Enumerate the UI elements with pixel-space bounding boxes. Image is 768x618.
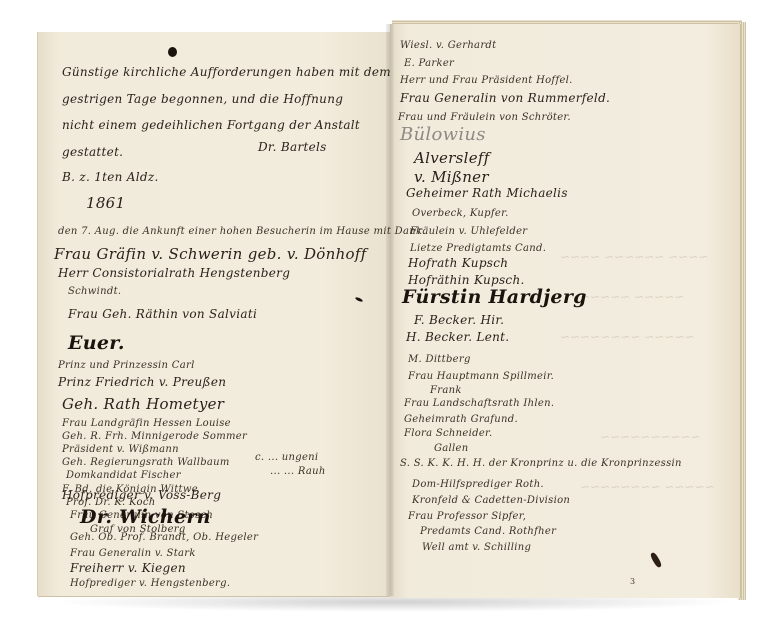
guest-entry: Predamts Cand. Rothfher [420, 526, 556, 537]
guest-entry: Geh. Rath Hometyer [62, 395, 224, 413]
guest-entry: Frau Generalin v. Stark [70, 548, 196, 559]
guest-entry: Flora Schneider. [404, 428, 493, 439]
guest-entry: Hofräthin Kupsch. [408, 273, 525, 287]
guest-entry: Geh. R. Frh. Minnigerode Sommer [62, 431, 247, 442]
guest-entry: Prinz und Prinzessin Carl [58, 360, 195, 371]
guest-entry: Schwindt. [68, 286, 121, 297]
guest-entry: Präsident v. Wißmann [62, 444, 179, 455]
guest-entry-hofprediger: Hofprediger v. Voss-Berg [62, 488, 221, 502]
year-1861: 1861 [86, 194, 125, 212]
guest-entry: M. Dittberg [408, 354, 471, 365]
guest-entry-wichern: Dr. Wichern [80, 506, 211, 528]
guest-entry: Frau Gräfin v. Schwerin geb. v. Dönhoff [54, 245, 367, 263]
guest-entry: Herr Consistorialrath Hengstenberg [58, 266, 290, 280]
guest-entry: Frau Landschaftsrath Ihlen. [404, 398, 554, 409]
guest-entry: Frau Generalin von Rummerfeld. [400, 91, 610, 105]
ink-bleed-through: ~~~~~ ~~~~~ [580, 290, 684, 304]
manuscript-line: gestattet. [62, 145, 123, 159]
guest-entry: Geh. Ob. Prof. Brandt, Ob. Hegeler [70, 532, 258, 543]
book-gutter [386, 24, 394, 596]
guest-entry: H. Becker. Lent. [406, 330, 509, 344]
guest-entry: S. S. K. K. H. H. der Kronprinz u. die K… [400, 458, 682, 469]
guest-entry: Well amt v. Schilling [422, 542, 531, 553]
guest-entry: Alversleff [414, 149, 490, 167]
guest-entry: F. Becker. Hir. [414, 313, 504, 327]
guest-entry: Geheimer Rath Michaelis [406, 186, 568, 200]
guest-entry: Overbeck, Kupfer. [412, 208, 509, 219]
guest-entry: Frau Geh. Räthin von Salviati [68, 307, 257, 321]
guest-entry: Wiesl. v. Gerhardt [400, 40, 496, 51]
ink-bleed-through: ~~~~ ~~~~~~ ~~~~ [560, 250, 708, 264]
guest-entry: v. Mißner [414, 168, 489, 186]
guest-entry: Fürstin Hardjerg [402, 286, 587, 308]
guest-entry: Hofprediger v. Hengstenberg. [70, 578, 230, 589]
guest-entry: Freiherr v. Kiegen [70, 561, 186, 575]
guest-entry: Frau Hauptmann Spillmeir. [408, 371, 554, 382]
pencil-entry: Bülowius [400, 124, 486, 145]
guest-entry: Geheimrath Grafund. [404, 414, 518, 425]
manuscript-line: B. z. 1ten Aldz. [62, 170, 159, 184]
ink-bleed-through: ~~~~~ ~~~~~~~~ [580, 480, 715, 494]
ink-bleed-through: ~~~~~~~~~~ [600, 430, 701, 444]
margin-note: c. ... ungeni [255, 452, 318, 463]
guest-entry: Gallen [434, 443, 469, 454]
guest-entry: Frau Landgräfin Hessen Louise [62, 418, 231, 429]
guest-entry: Geh. Regierungsrath Wallbaum [62, 457, 230, 468]
guest-entry: Lietze Predigtamts Cand. [410, 243, 546, 254]
guest-entry: Frau und Fräulein von Schröter. [398, 112, 571, 123]
margin-note: ... ... Rauh [270, 466, 326, 477]
manuscript-line: den 7. Aug. die Ankunft einer hohen Besu… [58, 226, 426, 237]
guest-entry: Kronfeld & Cadetten-Division [412, 495, 570, 506]
guest-entry: Domkandidat Fischer [66, 470, 181, 481]
guest-entry: Prinz Friedrich v. Preußen [58, 375, 226, 389]
guest-entry: Frank [430, 385, 462, 396]
manuscript-line: gestrigen Tage begonnen, und die Hoffnun… [62, 92, 343, 106]
ink-bleed-through: ~~~~~ ~~~~~~~~ [560, 330, 695, 344]
page-number: 3 [630, 577, 635, 586]
signature: Dr. Bartels [258, 140, 327, 154]
guest-entry: Frau Professor Sipfer, [408, 511, 526, 522]
manuscript-line: Günstige kirchliche Aufforderungen haben… [62, 65, 391, 79]
ink-blot [168, 47, 177, 57]
guest-entry: Dom-Hilfsprediger Roth. [412, 479, 544, 490]
guest-entry: E. Parker [404, 58, 454, 69]
guest-entry: Herr und Frau Präsident Hoffel. [400, 75, 573, 86]
guest-entry: Fräulein v. Uhlefelder [410, 226, 527, 237]
guest-entry: Euer. [68, 332, 125, 354]
manuscript-line: nicht einem gedeihlichen Fortgang der An… [62, 118, 360, 132]
guest-entry: Hofrath Kupsch [408, 256, 508, 270]
